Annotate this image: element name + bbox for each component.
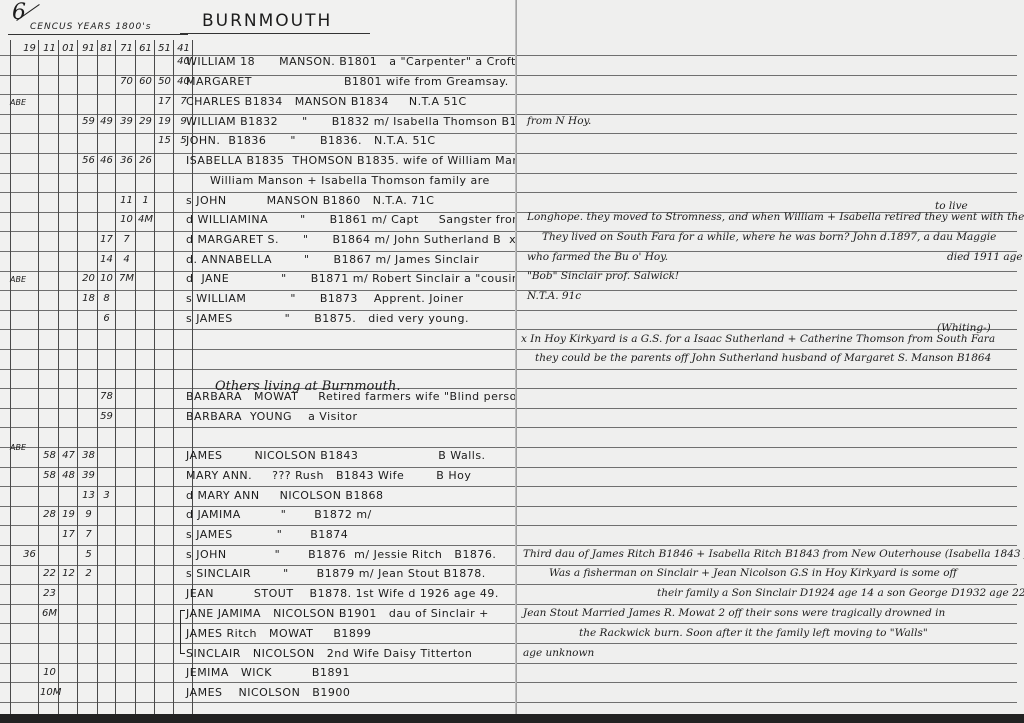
age-cell: 13 — [79, 490, 98, 501]
age-cell: 39 — [79, 470, 98, 481]
handwritten-note: "Bob" Sinclair prof. Salwick! — [527, 270, 679, 282]
ruled-line — [517, 702, 1017, 703]
age-cell: 15 — [155, 135, 174, 146]
age-cell: 20 — [79, 273, 98, 284]
ruled-line — [517, 55, 1017, 56]
ruled-line — [517, 427, 1017, 428]
title-underline — [180, 33, 370, 34]
handwritten-note: N.T.A. 91c — [527, 290, 581, 302]
others-heading: Others living at Burnmouth. — [215, 379, 401, 394]
census-year-41: 41 — [174, 43, 193, 54]
age-cell: 56 — [79, 155, 98, 166]
page-number: 6 — [12, 0, 26, 25]
age-cell: 2 — [79, 568, 98, 579]
handwritten-note: Longhope. they moved to Stromness, and w… — [527, 211, 1024, 223]
age-cell: 7 — [79, 529, 98, 540]
census-years-arrow — [8, 34, 188, 35]
census-entry: d JANE " B1871 m/ Robert Sinclair a "cou… — [186, 272, 517, 285]
age-cell: 5 — [79, 549, 98, 560]
census-entry: JAMES Ritch MOWAT B1899 — [186, 627, 371, 640]
age-cell: 78 — [97, 391, 116, 402]
age-cell: 4M — [136, 214, 155, 225]
ruled-line — [517, 408, 1017, 409]
census-entry: William Manson + Isabella Thomson family… — [186, 174, 490, 187]
ruled-line — [517, 192, 1017, 193]
census-entry: JOHN. B1836 " B1836. N.T.A. 51C — [186, 134, 436, 147]
age-cell: 17 — [59, 529, 78, 540]
abe-marker: ABE — [10, 275, 26, 284]
ruled-line — [517, 643, 1017, 644]
census-entry: BARBARA YOUNG a Visitor — [186, 410, 358, 423]
age-cell: 36 — [20, 549, 39, 560]
age-cell: 1 — [136, 195, 155, 206]
age-cell: 11 — [117, 195, 136, 206]
census-year-81: 81 — [97, 43, 116, 54]
age-cell: 19 — [59, 509, 78, 520]
handwritten-note: Jean Stout Married James R. Mowat 2 off … — [523, 607, 945, 619]
census-entry: s JAMES " B1874 — [186, 528, 348, 541]
census-entry: s JAMES " B1875. died very young. — [186, 312, 469, 325]
ruled-line — [517, 525, 1017, 526]
census-entry: d MARY ANN NICOLSON B1868 — [186, 489, 383, 502]
census-entry: MARGARET B1801 wife from Greamsay. — [186, 75, 509, 88]
census-entry: WILLIAM 18 MANSON. B1801 a "Carpenter" a… — [186, 55, 517, 68]
abe-marker: ABE — [10, 443, 26, 452]
age-cell: 58 — [40, 470, 59, 481]
handwritten-note: age unknown — [523, 647, 594, 659]
census-entry: s JOHN MANSON B1860 N.T.A. 71C — [186, 194, 434, 207]
column-line — [38, 40, 39, 714]
census-years-label: CENCUS YEARS 1800's — [30, 22, 151, 32]
ruled-line — [517, 506, 1017, 507]
handwritten-note: the Rackwick burn. Soon after it the fam… — [579, 627, 928, 639]
column-line — [115, 40, 116, 714]
census-year-01: 01 — [59, 43, 78, 54]
ruled-line — [517, 310, 1017, 311]
census-entry: JANE JAMIMA NICOLSON B1901 dau of Sincla… — [186, 607, 489, 620]
column-line — [10, 40, 11, 714]
page-title: BURNMOUTH — [202, 11, 332, 31]
age-cell: 36 — [117, 155, 136, 166]
ruled-line — [517, 153, 1017, 154]
census-entry: MARY ANN. ??? Rush B1843 Wife B Hoy — [186, 469, 471, 482]
ruled-line — [517, 623, 1017, 624]
age-cell: 46 — [97, 155, 116, 166]
handwritten-note: from N Hoy. — [527, 115, 591, 127]
ruled-line — [517, 663, 1017, 664]
ruled-line — [517, 486, 1017, 487]
age-cell: 70 — [117, 76, 136, 87]
handwritten-note: who farmed the Bu o' Hoy. — [527, 251, 668, 263]
ruled-line — [517, 545, 1017, 546]
age-cell: 6M — [40, 608, 59, 619]
age-cell: 9 — [79, 509, 98, 520]
census-year-19: 19 — [20, 43, 39, 54]
ruled-line — [517, 369, 1017, 370]
census-entry: s WILLIAM " B1873 Apprent. Joiner — [186, 292, 464, 305]
age-cell: 19 — [155, 116, 174, 127]
ruled-line — [517, 388, 1017, 389]
family-bracket — [180, 610, 185, 654]
ruled-line — [517, 133, 1017, 134]
age-cell: 10 — [117, 214, 136, 225]
age-cell: 6 — [97, 313, 116, 324]
census-entry: JAMES NICOLSON B1843 B Walls. — [186, 449, 486, 462]
census-entry: d. ANNABELLA " B1867 m/ James Sinclair — [186, 253, 479, 266]
ruled-line — [517, 349, 1017, 350]
census-entry: JEMIMA WICK B1891 — [186, 666, 350, 679]
ruled-line — [517, 173, 1017, 174]
age-cell: 47 — [59, 450, 78, 461]
age-cell: 59 — [79, 116, 98, 127]
ruled-line — [517, 565, 1017, 566]
age-cell: 18 — [79, 293, 98, 304]
handwritten-note: x In Hoy Kirkyard is a G.S. for a Isaac … — [521, 333, 995, 345]
census-entry: CHARLES B1834 MANSON B1834 N.T.A 51C — [186, 95, 467, 108]
ruled-line — [517, 290, 1017, 291]
right-page: from N Hoy.to liveLonghope. they moved t… — [517, 0, 1024, 714]
age-cell: 60 — [136, 76, 155, 87]
census-year-61: 61 — [136, 43, 155, 54]
census-year-11: 11 — [40, 43, 59, 54]
age-cell: 14 — [97, 254, 116, 265]
age-cell: 7 — [117, 234, 136, 245]
age-cell: 48 — [59, 470, 78, 481]
census-entry: SINCLAIR NICOLSON 2nd Wife Daisy Tittert… — [186, 647, 472, 660]
left-page: 6 CENCUS YEARS 1800's BURNMOUTH 19110191… — [0, 0, 517, 714]
age-cell: 12 — [59, 568, 78, 579]
age-cell: 17 — [97, 234, 116, 245]
age-cell: 28 — [40, 509, 59, 520]
handwritten-note: they could be the parents off John Suthe… — [535, 352, 991, 364]
ruled-line — [517, 94, 1017, 95]
age-cell: 39 — [117, 116, 136, 127]
ruled-line — [517, 467, 1017, 468]
census-entry: d WILLIAMINA " B1861 m/ Capt Sangster fr… — [186, 213, 517, 226]
census-year-91: 91 — [79, 43, 98, 54]
age-cell: 29 — [136, 116, 155, 127]
age-cell: 59 — [97, 411, 116, 422]
age-cell: 10 — [97, 273, 116, 284]
ruled-line — [517, 584, 1017, 585]
ruled-line — [517, 114, 1017, 115]
handwritten-note: Was a fisherman on Sinclair + Jean Nicol… — [549, 567, 957, 579]
census-entry: d MARGARET S. " B1864 m/ John Sutherland… — [186, 233, 516, 246]
census-entry: WILLIAM B1832 " B1832 m/ Isabella Thomso… — [186, 115, 517, 128]
age-cell: 49 — [97, 116, 116, 127]
ruled-line — [517, 447, 1017, 448]
age-cell: 4 — [117, 254, 136, 265]
age-cell: 23 — [40, 588, 59, 599]
age-cell: 50 — [155, 76, 174, 87]
age-cell: 26 — [136, 155, 155, 166]
census-year-71: 71 — [117, 43, 136, 54]
age-cell: 17 — [155, 96, 174, 107]
handwritten-note: They lived on South Fara for a while, wh… — [542, 231, 996, 243]
census-entry: ISABELLA B1835 THOMSON B1835. wife of Wi… — [186, 154, 517, 167]
census-entry: s JOHN " B1876 m/ Jessie Ritch B1876. — [186, 548, 496, 561]
age-cell: 10 — [40, 667, 59, 678]
census-entry: d JAMIMA " B1872 m/ — [186, 508, 372, 521]
ruled-line — [517, 604, 1017, 605]
age-cell: 10M — [40, 687, 59, 698]
handwritten-note: their family a Son Sinclair D1924 age 14… — [657, 587, 1024, 599]
ruled-line — [517, 682, 1017, 683]
abe-marker: ABE — [10, 98, 26, 107]
age-cell: 58 — [40, 450, 59, 461]
census-entry: s SINCLAIR " B1879 m/ Jean Stout B1878. — [186, 567, 486, 580]
age-cell: 38 — [79, 450, 98, 461]
census-entry: JAMES NICOLSON B1900 — [186, 686, 350, 699]
age-cell: 8 — [97, 293, 116, 304]
census-year-51: 51 — [155, 43, 174, 54]
handwritten-note: died 1911 age 3 — [947, 251, 1024, 263]
age-cell: 22 — [40, 568, 59, 579]
column-line — [77, 40, 78, 714]
column-line — [97, 40, 98, 714]
ruled-line — [517, 75, 1017, 76]
age-cell: 7M — [117, 273, 136, 284]
age-cell: 3 — [97, 490, 116, 501]
census-entry: JEAN STOUT B1878. 1st Wife d 1926 age 49… — [186, 587, 499, 600]
column-line — [135, 40, 136, 714]
handwritten-note: Third dau of James Ritch B1846 + Isabell… — [523, 548, 1024, 560]
